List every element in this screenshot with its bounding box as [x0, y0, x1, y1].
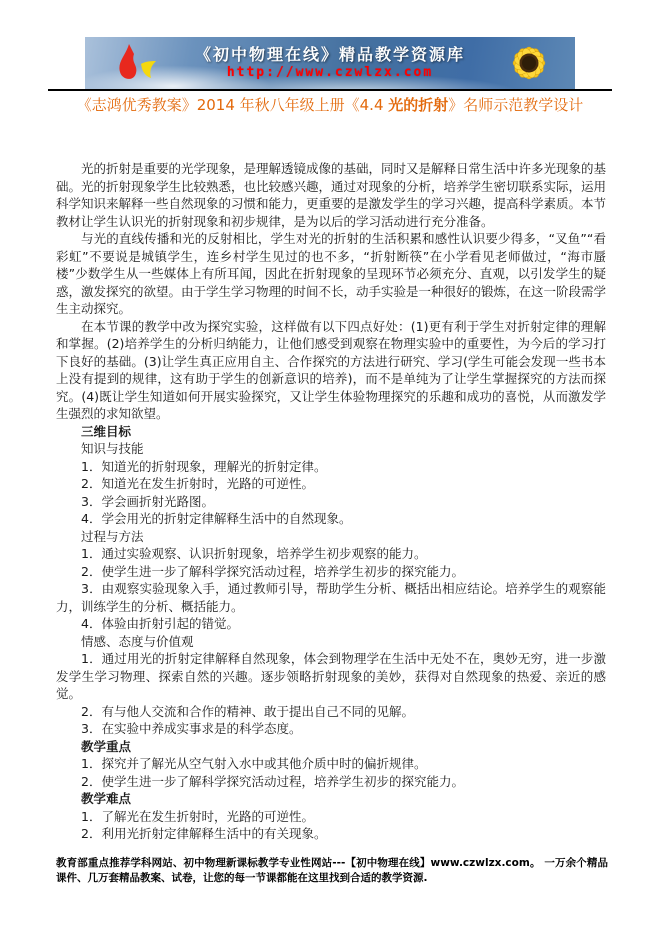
list-item: 2．利用光折射定律解释生活中的有关现象。	[56, 825, 606, 843]
page-title-bold: 光的折射	[388, 96, 448, 114]
site-banner: 《初中物理在线》精品教学资源库 http://www.czwlzx.com	[85, 37, 575, 89]
section-heading-three-dimensional-goals: 三维目标	[56, 423, 606, 441]
list-item: 1．通过实验观察、认识折射现象，培养学生初步观察的能力。	[56, 545, 606, 563]
page-title-prefix: 《志鸿优秀教案》2014 年秋八年级上册《4.4	[77, 96, 389, 114]
subsection-emotion-attitude-values: 情感、态度与价值观	[56, 633, 606, 651]
list-item: 1．了解光在发生折射时，光路的可逆性。	[56, 808, 606, 826]
document-page: 《初中物理在线》精品教学资源库 http://www.czwlzx.com	[0, 0, 661, 936]
subsection-process-methods: 过程与方法	[56, 528, 606, 546]
page-title-suffix: 》名师示范教学设计	[448, 96, 583, 114]
footer-note: 教育部重点推荐学科网站、初中物理新课标教学专业性网站---【初中物理在线】www…	[56, 856, 608, 885]
list-item: 2．知道光在发生折射时，光路的可逆性。	[56, 475, 606, 493]
banner-site-title: 《初中物理在线》精品教学资源库	[195, 45, 465, 65]
list-item: 2．有与他人交流和合作的精神、敢于提出自己不同的见解。	[56, 703, 606, 721]
paragraph: 光的折射是重要的光学现象，是理解透镜成像的基础，同时又是解释日常生活中许多光现象…	[56, 160, 606, 230]
list-item: 4．体验由折射引起的错觉。	[56, 615, 606, 633]
paragraph: 与光的直线传播和光的反射相比，学生对光的折射的生活积累和感性认识要少得多，“叉鱼…	[56, 230, 606, 318]
list-item: 1．探究并了解光从空气射入水中或其他介质中时的偏折规律。	[56, 755, 606, 773]
banner-site-url: http://www.czwlzx.com	[227, 65, 433, 81]
header-divider	[48, 89, 612, 91]
subsection-knowledge-skills: 知识与技能	[56, 440, 606, 458]
list-item: 2．使学生进一步了解科学探究活动过程，培养学生初步的探究能力。	[56, 773, 606, 791]
section-heading-teaching-difficulty: 教学难点	[56, 790, 606, 808]
page-title: 《志鸿优秀教案》2014 年秋八年级上册《4.4 光的折射》名师示范教学设计	[40, 94, 620, 116]
list-item: 1．通过用光的折射定律解释自然现象，体会到物理学在生活中无处不在，奥妙无穷，进一…	[56, 650, 606, 703]
list-item: 3．学会画折射光路图。	[56, 493, 606, 511]
section-heading-teaching-focus: 教学重点	[56, 738, 606, 756]
list-item: 3．由观察实验现象入手，通过教师引导，帮助学生分析、概括出相应结论。培养学生的观…	[56, 580, 606, 615]
list-item: 2．使学生进一步了解科学探究活动过程，培养学生初步的探究能力。	[56, 563, 606, 581]
list-item: 1．知道光的折射现象，理解光的折射定律。	[56, 458, 606, 476]
sunflower-image	[493, 37, 571, 89]
list-item: 4．学会用光的折射定律解释生活中的自然现象。	[56, 510, 606, 528]
list-item: 3．在实验中养成实事求是的科学态度。	[56, 720, 606, 738]
document-body: 光的折射是重要的光学现象，是理解透镜成像的基础，同时又是解释日常生活中许多光现象…	[56, 160, 606, 843]
paragraph: 在本节课的教学中改为探究实验，这样做有以下四点好处：(1)更有利于学生对折射定律…	[56, 318, 606, 423]
